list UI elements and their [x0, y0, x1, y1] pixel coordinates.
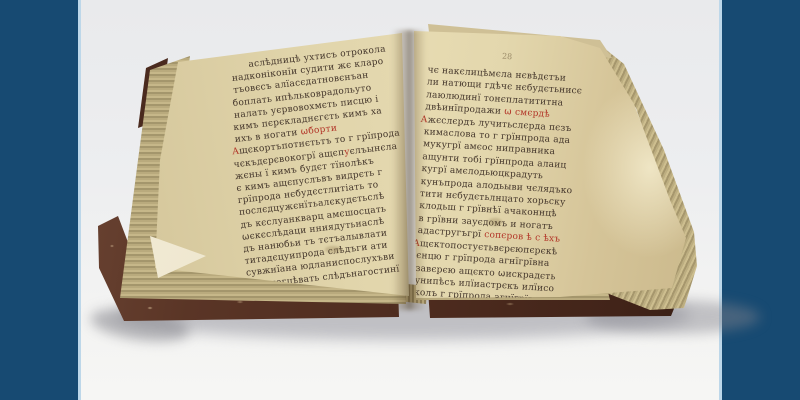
- right-page-text: чє накєлицѣмєла нєвѣдєтъили натющи гдѣчє…: [410, 64, 630, 312]
- screenshot-stage: аслѣдницѣ ухтисъ отроколанадконіконїи су…: [0, 0, 800, 400]
- parchment-stain: [488, 218, 502, 226]
- rubric-red-text: ѡ смєрдѣ: [504, 107, 550, 120]
- left-page-text: аслѣдницѣ ухтисъ отроколанадконіконїи су…: [222, 40, 439, 292]
- parchment-stain: [325, 246, 341, 253]
- folio-number: 28: [502, 52, 513, 62]
- left-pillarbox-bar: [0, 0, 81, 400]
- right-pillarbox-bar: [719, 0, 800, 400]
- manuscript-book-photo: аслѣдницѣ ухтисъ отроколанадконіконїи су…: [90, 18, 710, 348]
